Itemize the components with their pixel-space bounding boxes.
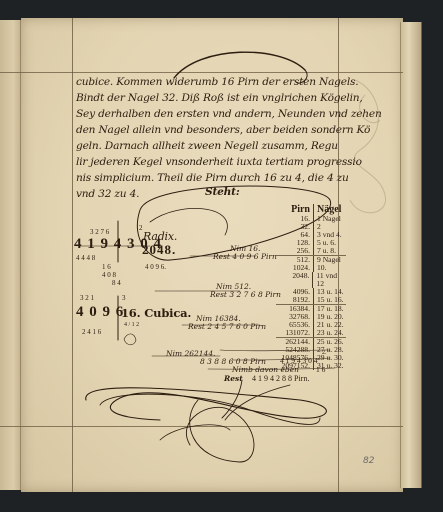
cell-naegel: 15 u. 16. (314, 296, 344, 304)
cell-pirn: 2097152. (276, 362, 314, 370)
body-text-line: den Nagel allein vnd besonders, aber bei… (76, 124, 370, 136)
body-text-line: Bindt der Nagel 32. Diß Roß ist ein vngl… (76, 92, 363, 104)
radix-top-digits: 3 2 7 6 (90, 228, 109, 236)
radix-doubled: 4 0 9 6. (145, 263, 166, 271)
body-text-line: Sey derhalben den ersten vnd andern, Neu… (76, 108, 382, 120)
margin-rule-left (72, 18, 73, 492)
radix-mark: 2 (139, 224, 143, 232)
book-fore-edge (400, 22, 422, 488)
margin-rule-bottom (0, 426, 403, 427)
table-row: 2048.11 vnd 12 (276, 272, 346, 288)
pirn-naegel-table: Pirn Nägel 16.1 Nagel 32.2 64.3 vnd 4. 1… (276, 204, 346, 370)
cubica-mark: 3 (122, 294, 126, 302)
body-text-line: cubice. Kommen widerumb 16 Pirn der erst… (76, 76, 358, 88)
radix-lower-digits: 4 4 4 8 (76, 254, 95, 262)
final-rest-value: 4 1 9 4 2 8 8 Pirn. (252, 374, 309, 383)
annotation-sub: Rest 3 2 7 6 8 Pirn (210, 290, 281, 299)
cell-pirn: 256. (276, 247, 314, 255)
annotation-sub: Rest 2 4 5 7 6 0 Pirn (188, 322, 266, 331)
body-text-line: geln. Darnach allheit zween Negell zusam… (76, 140, 338, 152)
margin-rule-top (0, 72, 403, 73)
gutter-rule (20, 20, 21, 490)
cell-pirn: 2048. (276, 272, 313, 288)
final-rest-label: Rest (224, 374, 243, 383)
table-row: 16.1 Nagel (276, 215, 346, 223)
cell-pirn: 131072. (276, 329, 314, 337)
radix-lower-digits: 1 6 (102, 263, 111, 271)
folio-number: 82 (363, 456, 374, 466)
cubica-fraction: 4 / 1 2 (124, 322, 139, 328)
cell-pirn: 8192. (276, 296, 314, 304)
table-row: 512.9 Nagel (276, 256, 346, 264)
manuscript-scan: cubice. Kommen widerumb 16 Pirn der erst… (0, 0, 443, 512)
cell-naegel: 11 vnd 12 (313, 272, 346, 288)
cell-naegel: 23 u. 24. (314, 329, 344, 337)
radix-root: 2048. (142, 242, 176, 258)
cubica-top-digits: 3 2 1 (80, 294, 94, 302)
body-text-line: lir jederen Kegel vnsonderheit iuxta ter… (76, 156, 362, 168)
cubica-label: 16. Cubica. (121, 306, 191, 320)
cell-naegel: 31 u. 32. (314, 362, 344, 370)
body-text-line: nis simplicium. Theil die Pirn durch 16 … (76, 172, 349, 184)
cubica-lower-digits: 2 4 1 6 (82, 328, 101, 336)
cubica-main-number: 4 0 9 6 (76, 304, 124, 321)
body-text-line: vnd 32 zu 4. (76, 188, 139, 200)
radix-lower-digits: 4 0 8 (102, 271, 116, 279)
table-row: 2097152.31 u. 32. (276, 362, 346, 370)
cell-naegel: 7 u. 8. (314, 247, 336, 255)
heading-steht: Steht: (205, 186, 240, 198)
radix-lower-digits: 8 4 (112, 279, 121, 287)
annotation-sub: Rest 4 0 9 6 Pirn (213, 252, 277, 261)
